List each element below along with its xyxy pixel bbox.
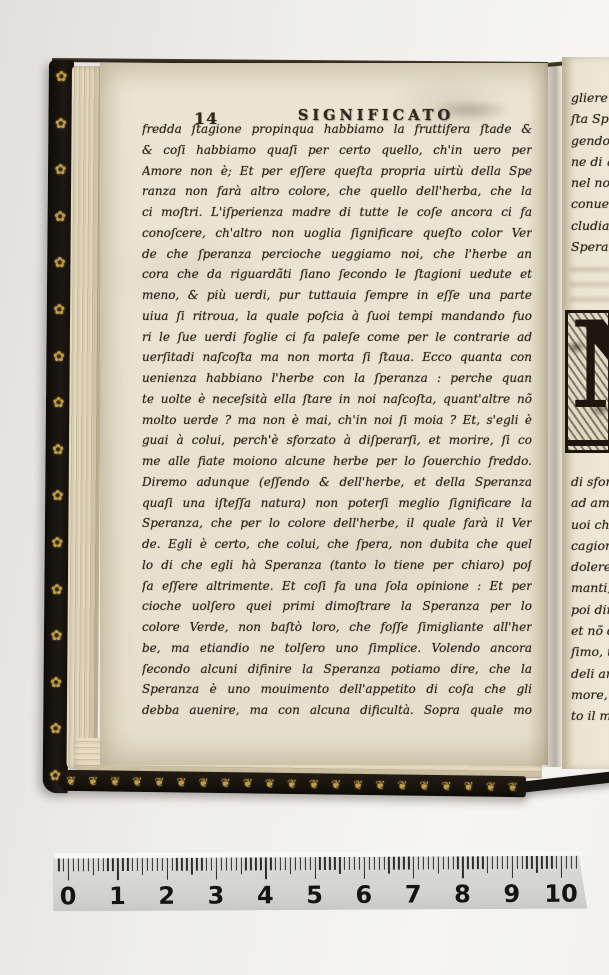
text-line: Diremo adunque (eſſendo & dell'herbe, et… [142,472,532,493]
ruler-tick [521,856,522,869]
ruler-tick [117,858,119,880]
ruler-tick [122,858,123,871]
ruler-tick [255,857,256,870]
text-line: uerſitadi naſcoſta ma non morta ſi ſtaua… [142,347,532,368]
ruler-tick [88,858,89,871]
ruler-tick [166,858,168,880]
ruler-tick [349,857,350,870]
ruler-tick [137,858,138,871]
ruler-tick [300,857,301,870]
ruler-tick [295,857,296,870]
gold-fleuron-icon: ✿ [55,117,67,131]
gold-fleuron-icon: ✿ [52,489,64,503]
gold-fleuron-icon: ✿ [53,396,65,410]
ruler-tick [438,856,439,873]
text-line: ſecondo alcuni difinire la Speranza poti… [142,659,532,680]
ruler-tick [280,857,281,870]
ruler-label: 5 [306,881,323,909]
ruler-label: 3 [208,882,225,910]
ruler-tick [388,857,389,874]
text-line: me alle fiate moiono alcune herbe per lo… [142,451,532,472]
text-line: lo di che egli hà Speranza (tanto lo tie… [142,555,532,576]
right-page-text-top: gliere coſaſta Sperangendole unne di que… [571,87,609,257]
ruler-tick [231,857,232,870]
ruler-tick [285,857,286,870]
woodcut-base [568,440,608,446]
ruler-tick [467,856,468,869]
ruler-tick [309,857,310,870]
ruler-tick [536,856,537,873]
ruler-tick [112,858,113,871]
text-line: ranza non farà altro colore, che quello … [142,181,532,202]
gold-fleuron-icon: ❦ [508,781,518,793]
ruler-tick [581,856,582,869]
ruler-tick [226,857,227,870]
ruler-tick [566,856,567,869]
ruler-tick [418,856,419,869]
ruler-tick [531,856,532,869]
text-line: uenienza habbiano l'herbe con la ſperanz… [142,368,532,389]
ruler-label: 9 [503,880,520,908]
ruler-label: 0 [60,882,77,910]
text-line: Speranza [571,236,609,257]
text-line: ad amare [571,492,609,513]
right-page-text-bottom: di sforzarad amareuoi che ſicagione ſtdo… [571,471,609,727]
text-line: ne di quei [571,151,609,172]
gold-fleuron-icon: ✿ [55,70,67,84]
ruler-tick [270,857,271,870]
ruler-tick [472,856,473,869]
ruler-tick [428,856,429,869]
text-line: di sforzar [571,471,609,492]
book-photo: ✿✿✿✿✿✿✿✿✿✿✿✿✿✿✿✿ 14 SIGNIFICATO fredda ſ… [0,0,609,975]
text-line: uoi che ſi [571,514,609,535]
ruler: 012345678910 [53,851,587,912]
ruler-tick [576,856,577,869]
ruler-tick [250,857,251,870]
ruler-tick [63,858,64,871]
text-line: be, ma etiandio ne tolſero uno ſimplice.… [142,638,532,659]
text-line: conuenirſi [571,193,609,214]
gold-fleuron-icon: ✿ [52,443,64,457]
text-line: deli amar [571,663,609,684]
gold-fleuron-icon: ❦ [176,776,186,788]
ruler-tick [78,858,79,871]
text-line: manti, ma [571,577,609,598]
text-line: Amore non è; Et per eſſere queſta propri… [142,161,532,182]
ruler-tick [201,858,202,871]
ruler-tick [369,857,370,870]
ruler-tick [142,858,143,875]
gold-fleuron-icon: ✿ [51,536,63,550]
ruler-tick [132,858,133,871]
text-line: gliere coſa [571,87,609,108]
ruler-tick [487,856,488,873]
text-line: cioche uolſero quei primi dimoſtrare la … [142,596,532,617]
ruler-tick [147,858,148,871]
ruler-tick [447,856,448,869]
text-line: molto uerde ? ma non è mai, ch'in noi ſi… [142,410,532,431]
ruler-tick [457,856,458,869]
gold-fleuron-icon: ✿ [54,210,66,224]
text-line: uiua ſi ritroua, la quale poſcia à ſuoi … [142,306,532,327]
gold-fleuron-icon: ❦ [353,778,363,790]
text-line: et nõ di lu [571,620,609,641]
gold-fleuron-icon: ✿ [51,629,63,643]
ruler-tick [186,858,187,871]
gold-fleuron-icon: ❦ [441,780,451,792]
ruler-tick [551,856,552,869]
gold-fleuron-icon: ❦ [110,775,120,787]
ruler-body: 012345678910 [53,856,587,912]
text-line: cludiamo , [571,215,609,236]
text-line: ci moſtri. L'iſperienza madre di tutte l… [142,202,532,223]
gold-fleuron-icon: ✿ [53,350,65,364]
ruler-tick [290,857,291,874]
text-line: Speranza, che per lo colore dell'herbe, … [142,513,532,534]
ruler-tick [73,858,74,871]
ruler-tick [171,858,172,871]
text-line: meno, & più uerdi, pur tuttauia ſempre i… [142,285,532,306]
text-line: & coſi habbiamo quaſi per certo quello, … [142,140,532,161]
text-line: colore Verde, non baſtò loro, che foſſe … [142,617,532,638]
ruler-tick [462,856,464,878]
text-line: conoſcere, ch'altro non uoglia ſignifica… [142,223,532,244]
gold-fleuron-icon: ❦ [464,780,474,792]
ruler-tick [452,856,453,869]
gutter-shadow [528,63,565,767]
left-page: 14 SIGNIFICATO fredda ſtagione propinqua… [100,63,548,765]
ruler-tick [206,858,207,871]
ruler-tick [240,857,241,874]
ruler-tick [546,856,547,869]
ruler-tick [334,857,335,870]
ruler-tick [83,858,84,871]
ruler-tick [68,858,70,880]
ruler-label: 7 [405,880,422,908]
gold-fleuron-icon: ✿ [54,256,66,270]
ruler-tick [93,858,94,875]
ruler-tick [482,856,483,869]
ruler-tick [304,857,305,870]
ruler-label: 10 [544,880,578,908]
gold-fleuron-icon: ❦ [66,774,76,786]
woodcut-initial: N [565,310,609,453]
text-line: more, che [571,684,609,705]
text-line: te uolte è neceſsità ella ſtare in noi n… [142,389,532,410]
initial-letter: N [570,310,609,431]
gold-fleuron-icon: ❦ [132,775,142,787]
text-line: cora che da riguardãti ſiano ſecondo le … [142,264,532,285]
gold-fleuron-icon: ❦ [375,779,385,791]
gold-fleuron-icon: ❦ [419,779,429,791]
ruler-tick [571,856,572,869]
text-line: ſimo, ui d [571,641,609,662]
ruler-tick [413,857,415,879]
text-line: fredda ſtagione propinqua habbiamo la fr… [142,119,532,140]
text-line: dolere, pe [571,556,609,577]
ruler-tick [374,857,375,870]
ruler-tick [541,856,542,869]
gold-fleuron-icon: ❦ [287,777,297,789]
ruler-tick [176,858,177,871]
ruler-tick [152,858,153,871]
text-line: guai à colui, perch'è sforzato à diſpera… [142,430,532,451]
ruler-tick [324,857,325,870]
text-line: to il mond [571,705,609,726]
ruler-tick [516,856,517,869]
gold-fleuron-icon: ❦ [243,777,253,789]
gold-fleuron-icon: ❦ [331,778,341,790]
ruler-tick [492,856,493,869]
gold-fleuron-icon: ❦ [88,775,98,787]
ruler-tick [393,857,394,870]
ruler-tick [512,856,514,878]
ruler-tick [102,858,103,871]
gold-fleuron-icon: ❦ [309,778,319,790]
ruler-tick [319,857,320,870]
text-line: debba auenire, ma con alcuna dificultà. … [142,700,532,721]
ruler-tick [561,856,563,878]
page-fore-edge [66,66,103,769]
gold-fleuron-icon: ✿ [51,583,63,597]
ruler-tick [556,856,557,869]
gold-fleuron-icon: ❦ [265,777,275,789]
ruler-tick [443,856,444,869]
ruler-tick [181,858,182,871]
ruler-tick [216,858,218,880]
text-line: nel nodrir [571,172,609,193]
gold-fleuron-icon: ❦ [486,780,496,792]
ruler-tick [235,857,236,870]
text-line: ſa eſſere altrimente. Et coſi fa una ſol… [142,576,532,597]
ruler-tick [162,858,163,871]
ruler-tick [507,856,508,869]
gold-fleuron-icon: ✿ [50,722,62,736]
ruler-tick [58,858,59,871]
ruler-tick [221,858,222,871]
ruler-tick [477,856,478,869]
ruler-tick [196,858,197,871]
text-line: de. Egli è certo, che colui, che ſpera, … [142,534,532,555]
ruler-tick [329,857,330,870]
gold-fleuron-icon: ✿ [55,163,67,177]
ruler-tick [344,857,345,870]
ruler-tick [497,856,498,869]
text-line: ri le ſue uerdi foglie ci fa paleſe come… [142,327,532,348]
text-line: de che ſperanza percioche ueggiamo noi, … [142,244,532,265]
ruler-tick [408,857,409,870]
ruler-tick [423,856,424,869]
gold-fleuron-icon: ❦ [397,779,407,791]
text-line: poi diman [571,599,609,620]
gold-fleuron-icon: ❦ [154,776,164,788]
ruler-tick [354,857,355,870]
ruler-label: 4 [257,881,274,909]
ruler-tick [403,857,404,870]
text-line: cagione ſt [571,535,609,556]
ruler-tick [339,857,340,874]
gold-fleuron-icon: ✿ [53,303,65,317]
text-line: quaſi una iſteſſa natura) non poterſi me… [142,493,532,514]
ruler-tick [398,857,399,870]
ruler-tick [245,857,246,870]
ruler-tick [364,857,366,879]
ruler-tick [526,856,527,869]
gold-fleuron-icon: ✿ [50,676,62,690]
text-line: gendole un [571,130,609,151]
ruler-tick [107,858,108,871]
ruler-tick [359,857,360,870]
page-text: fredda ſtagione propinqua habbiamo la fr… [142,119,532,721]
ruler-label: 6 [355,881,372,909]
ruler-tick [127,858,128,871]
ruler-label: 8 [454,880,471,908]
ruler-tick [265,857,267,879]
text-line: ſta Speran [571,108,609,129]
gold-fleuron-icon: ❦ [221,777,231,789]
ruler-label: 1 [109,882,126,910]
ruler-tick [275,857,276,870]
right-page: gliere coſaſta Sperangendole unne di que… [562,57,609,769]
ruler-tick [314,857,316,879]
ruler-tick [260,857,261,870]
text-line: Speranza è uno mouimento dell'appetito d… [142,679,532,700]
ruler-tick [383,857,384,870]
ruler-tick [502,856,503,869]
ruler-label: 2 [158,882,175,910]
ruler-tick [191,858,192,875]
ruler-tick [378,857,379,870]
ruler-tick [433,856,434,869]
ruler-tick [97,858,98,871]
ruler-tick [157,858,158,871]
gold-fleuron-icon: ❦ [198,776,208,788]
ruler-tick [211,858,212,871]
